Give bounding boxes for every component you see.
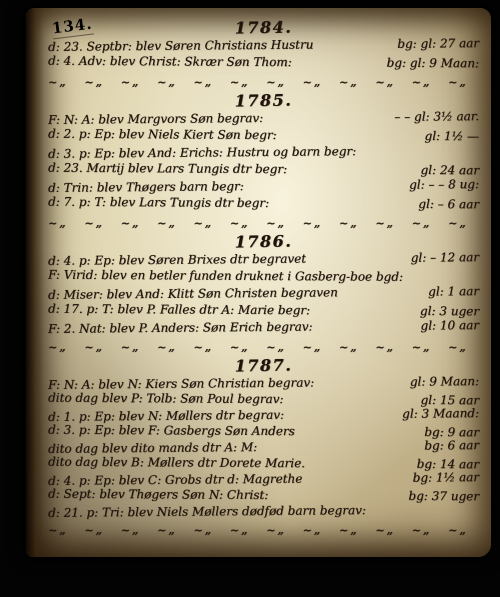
entry-age: gl: – – 8 ug: <box>403 176 479 194</box>
entry-text: F: Virid: blev en betler funden druknet … <box>48 267 403 286</box>
entry-age: bg: gl: 9 Maan: <box>381 55 480 73</box>
register-entry: d: 4. Adv: blev Christ: Skrær Søn Thom:b… <box>48 53 479 73</box>
entry-age: gl: 1 aar <box>422 283 479 300</box>
entry-age: gl: – 12 aar <box>405 249 479 267</box>
entry-age: bg: 1½ aar <box>407 469 479 486</box>
entry-text: d: 7. p: T: blev Lars Tungis dtr begr: <box>48 194 269 212</box>
entry-text: F: 2. Nat: blev P. Anders: Søn Erich beg… <box>48 319 313 338</box>
register-section: 1785.F: N: A: blev Margvors Søn begrav:–… <box>48 91 479 232</box>
entry-age: – – gl: 3½ aar. <box>388 108 479 126</box>
manuscript-photo: 134. 1784.d: 23. Septbr: blev Søren Chri… <box>0 0 500 597</box>
entry-age <box>473 501 479 517</box>
section-separator: ~„ ~„ ~„ ~„ ~„ ~„ ~„ ~„ ~„ ~„ ~„ ~„ — <box>48 523 479 539</box>
register-entry: F: 2. Nat: blev P. Anders: Søn Erich beg… <box>48 317 479 338</box>
register-entry: d: 21. p: Tri: blev Niels Møllers dødfød… <box>48 501 479 521</box>
entry-text: d: 17. p: T: blev P. Falles dtr A: Marie… <box>48 301 310 320</box>
entry-age <box>473 142 479 159</box>
entry-age: gl: 3 Maand: <box>396 405 479 422</box>
entry-text: d: Sept: blev Thøgers Søn N: Christ: <box>48 486 268 503</box>
entry-age: gl: 10 aar <box>414 317 479 335</box>
entry-text: d: 21. p: Tri: blev Niels Møllers dødfød… <box>48 502 366 521</box>
entry-age: gl: – 6 aar <box>412 196 479 213</box>
entries-container: 1784.d: 23. Septbr: blev Søren Christian… <box>48 16 479 553</box>
manuscript-page: 134. 1784.d: 23. Septbr: blev Søren Chri… <box>26 8 491 557</box>
entry-text: d: 23. Martij blev Lars Tungis dtr begr: <box>48 160 287 178</box>
register-entry: d: 7. p: T: blev Lars Tungis dtr begr:gl… <box>48 194 479 214</box>
entry-text: dito dag blev P: Tolb: Søn Poul begrav: <box>48 390 284 407</box>
register-section: 1784.d: 23. Septbr: blev Søren Christian… <box>48 18 479 91</box>
register-section: 1787.F: N: A: blev N: Kiers Søn Christia… <box>48 356 479 539</box>
entry-age: bg: 6 aar <box>418 437 479 454</box>
entry-text: d: 4. Adv: blev Christ: Skrær Søn Thom: <box>48 53 292 71</box>
entry-text: d: 2. p: Ep: blev Niels Kiert Søn begr: <box>48 126 277 144</box>
entry-text: d: 3. p: Ep: blev F: Gasbergs Søn Anders <box>48 422 295 440</box>
entry-age: bg: gl: 27 aar <box>391 35 479 53</box>
entry-age: gl: 9 Maan: <box>404 373 479 390</box>
entry-text: dito dag blev B: Møllers dtr Dorete Mari… <box>48 454 305 472</box>
register-section: 1786.d: 4. p: Ep: blev Søren Brixes dtr … <box>48 232 479 356</box>
